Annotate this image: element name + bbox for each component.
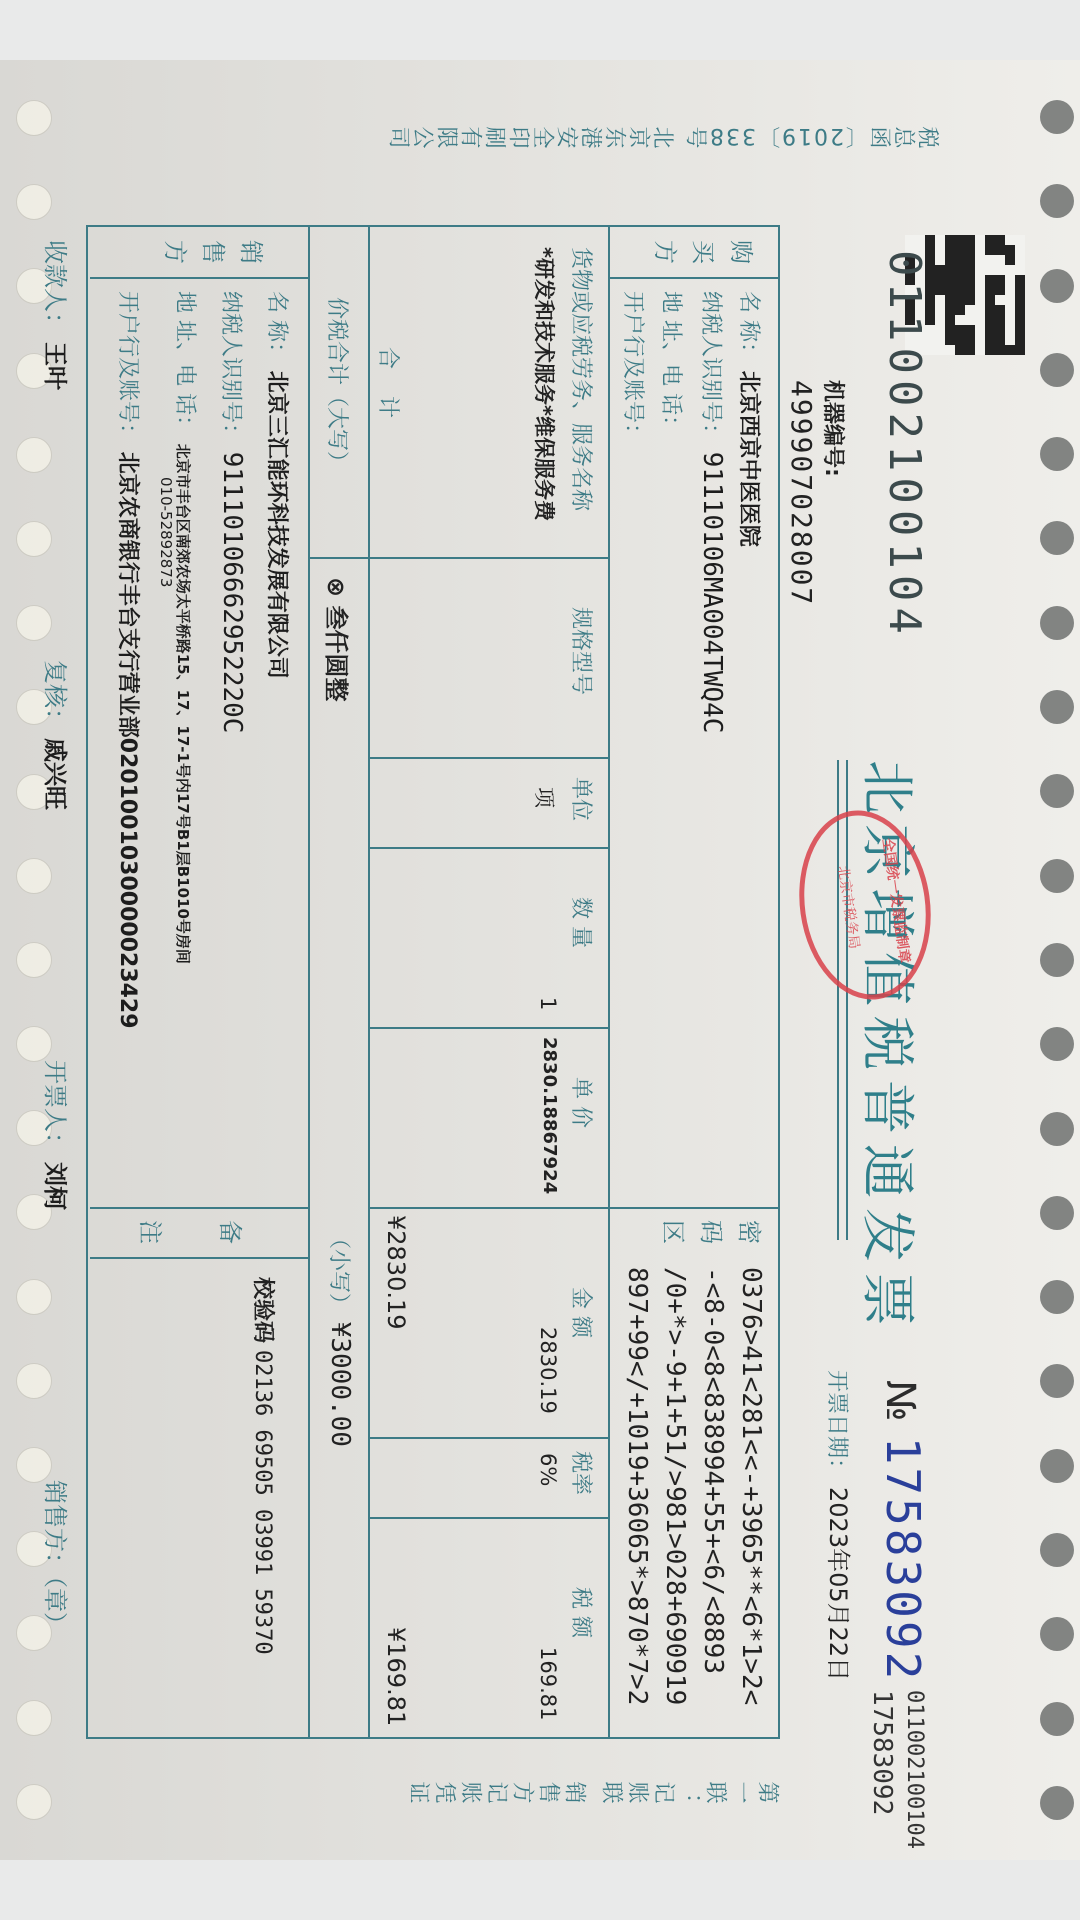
cipher-line: 897+99</+1019+36065*>870*7>2 xyxy=(618,1267,656,1705)
header-item-name: 货物或应税劳务、服务名称 xyxy=(567,247,598,511)
cipher-line: -<8-0<8<838994+55+<6/<8893 xyxy=(694,1267,732,1705)
seller-phone: 010-52892873 xyxy=(157,477,175,587)
grand-total-row: 价税合计（大写） ⊗ 叁仟圆整 （小写） ¥3000.00 xyxy=(308,227,370,1737)
header-price: 单 价 xyxy=(567,1077,598,1128)
issue-date-value: 2023年05月22日 xyxy=(824,1487,852,1681)
item-unit: 项 xyxy=(530,787,560,808)
invoice-number: 17583092 xyxy=(876,1437,930,1683)
issuer-label: 开票人： xyxy=(41,1060,69,1156)
buyer-address-label: 地 址、电 话： xyxy=(658,291,683,437)
buyer-section-label: 购买方 xyxy=(646,237,760,267)
item-amount: 2830.19 xyxy=(536,1327,560,1414)
total-label: 合 计 xyxy=(374,347,405,428)
check-code: 校验码 02136 69505 03991 59370 xyxy=(249,1277,280,1655)
header-spec: 规格型号 xyxy=(567,607,598,695)
right-codes: 011002100104 17583092 xyxy=(866,1690,930,1849)
cipher-code: 0376>41<281<<-+3965**<6*1>2<-<8-0<8<8389… xyxy=(618,1267,770,1705)
remarks-section-label: 备注 xyxy=(110,1217,270,1247)
seller-tax-id-label: 纳税人识别号： xyxy=(218,291,243,445)
reviewer-name: 戚兴旺 xyxy=(41,738,69,810)
seller-section: 销售方 xyxy=(90,227,310,279)
col-unit: 单位 项 xyxy=(370,757,610,849)
seller-name: 北京三汇能环科技发展有限公司 xyxy=(264,371,289,679)
issue-date-label: 开票日期： xyxy=(824,1370,849,1480)
grand-total-uppercase: ⊗ 叁仟圆整 xyxy=(321,577,356,701)
buyer-info: 名 称： 北京西京中医医院 纳税人识别号： 91110106MA004TWQ4C… xyxy=(610,277,778,1209)
seller-tax-id: 91110106662952220C xyxy=(217,452,247,734)
reviewer-label: 复核： xyxy=(41,660,69,732)
machine-no-label: 机器编号: xyxy=(819,380,850,477)
seal-text-2: 北京市税务局 xyxy=(827,817,872,998)
issue-date: 开票日期： 2023年05月22日 xyxy=(823,1370,858,1681)
header-tax: 税 额 xyxy=(567,1587,598,1638)
seller-section-label: 销售方 xyxy=(156,237,270,267)
printer-note: 税总函〔2019〕338号 北京东港安全印刷有限公司 xyxy=(387,120,940,151)
col-price: 单 价 2830.18867924 xyxy=(370,1027,610,1209)
buyer-section: 购买方 xyxy=(610,227,778,279)
header-amount: 金 额 xyxy=(567,1287,598,1338)
buyer-bank-label: 开户行及账号： xyxy=(620,291,645,445)
seller-bank: 北京农商银行丰台支行营业部0201001030000023429 xyxy=(115,452,140,1029)
grand-total-value: ¥3000.00 xyxy=(325,1322,355,1447)
remarks-section: 备注 xyxy=(90,1207,310,1259)
header-qty: 数 量 xyxy=(567,897,598,948)
right-number: 17583092 xyxy=(866,1690,898,1849)
buyer-row: 购买方 名 称： 北京西京中医医院 纳税人识别号： 91110106MA004T… xyxy=(608,227,778,1737)
total-amount: ¥2830.19 xyxy=(382,1215,410,1330)
buyer-tax-id-label: 纳税人识别号： xyxy=(698,291,723,445)
issuer-name: 刘柯 xyxy=(41,1162,69,1210)
right-code: 011002100104 xyxy=(898,1690,930,1849)
col-name: 货物或应税劳务、服务名称 *研发和技术服务*维保服务费 合 计 xyxy=(370,227,610,559)
seller-bank-label: 开户行及账号： xyxy=(115,291,140,445)
header-rate: 税率 xyxy=(567,1451,598,1495)
col-spec: 规格型号 xyxy=(370,557,610,759)
col-qty: 数 量 1 xyxy=(370,847,610,1029)
col-rate: 税率 6% xyxy=(370,1437,610,1519)
grand-total-small: （小写） ¥3000.00 xyxy=(325,1227,356,1447)
grand-total-label-cell: 价税合计（大写） xyxy=(310,227,370,559)
machine-no: 499907028007 xyxy=(785,380,818,606)
item-rate: 6% xyxy=(536,1453,560,1486)
items-row: 货物或应税劳务、服务名称 *研发和技术服务*维保服务费 合 计 规格型号 单位 … xyxy=(368,227,610,1737)
seller-row: 销售方 名 称： 北京三汇能环科技发展有限公司 纳税人识别号： 91110106… xyxy=(90,227,310,1737)
seller-stamp: 销售方：（章） xyxy=(40,1480,75,1636)
check-code-label: 校验码 xyxy=(250,1277,275,1343)
header-unit: 单位 xyxy=(567,777,598,821)
buyer-name: 北京西京中医医院 xyxy=(736,371,761,547)
item-price: 2830.18867924 xyxy=(539,1037,560,1194)
col-amount: 金 额 2830.19 ¥2830.19 xyxy=(370,1207,610,1439)
seller-name-label: 名 称： xyxy=(264,291,289,364)
grand-total-small-label: （小写） xyxy=(326,1227,351,1315)
vat-invoice: 税总函〔2019〕338号 北京东港安全印刷有限公司 机器编号: 4999070… xyxy=(0,60,1080,1860)
seller-info: 名 称： 北京三汇能环科技发展有限公司 纳税人识别号： 911101066629… xyxy=(90,277,310,1209)
reviewer: 复核：戚兴旺 xyxy=(40,660,75,810)
col-tax: 税 额 169.81 ¥169.81 xyxy=(370,1517,610,1737)
payee-name: 王叶 xyxy=(41,342,69,390)
buyer-tax-id: 91110106MA004TWQ4C xyxy=(697,452,727,734)
cipher-section: 密码区 xyxy=(610,1207,778,1257)
check-code-value: 02136 69505 03991 59370 xyxy=(250,1350,275,1655)
cipher-line: /0+*>-9+1+51/>981>028+690919 xyxy=(656,1267,694,1705)
item-qty: 1 xyxy=(536,997,560,1010)
cipher-section-label: 密码区 xyxy=(654,1217,768,1247)
total-tax: ¥169.81 xyxy=(382,1627,410,1726)
issuer: 开票人：刘柯 xyxy=(40,1060,75,1210)
item-name: *研发和技术服务*维保服务费 xyxy=(530,247,560,521)
copy-label: 第一联：记账联 销售方记账凭证 xyxy=(405,1745,780,1805)
number-sign-icon: № xyxy=(877,1380,923,1422)
grand-total-label: 价税合计（大写） xyxy=(323,297,354,473)
tractor-holes-top xyxy=(1034,100,1074,1820)
seller-address-label: 地 址、电 话： xyxy=(172,291,197,437)
invoice-number-block: № 17583092 xyxy=(876,1380,930,1682)
item-tax: 169.81 xyxy=(536,1647,560,1720)
grand-total-uppercase-text: 叁仟圆整 xyxy=(322,605,350,701)
payee-label: 收款人： xyxy=(41,240,69,336)
invoice-code: 011002100104 xyxy=(879,250,930,640)
invoice-table: 购买方 名 称： 北京西京中医医院 纳税人识别号： 91110106MA004T… xyxy=(86,225,780,1739)
circle-x-icon: ⊗ xyxy=(322,577,350,597)
cipher-line: 0376>41<281<<-+3965**<6*1>2< xyxy=(732,1267,770,1705)
buyer-name-label: 名 称： xyxy=(736,291,761,364)
payee: 收款人：王叶 xyxy=(40,240,75,390)
